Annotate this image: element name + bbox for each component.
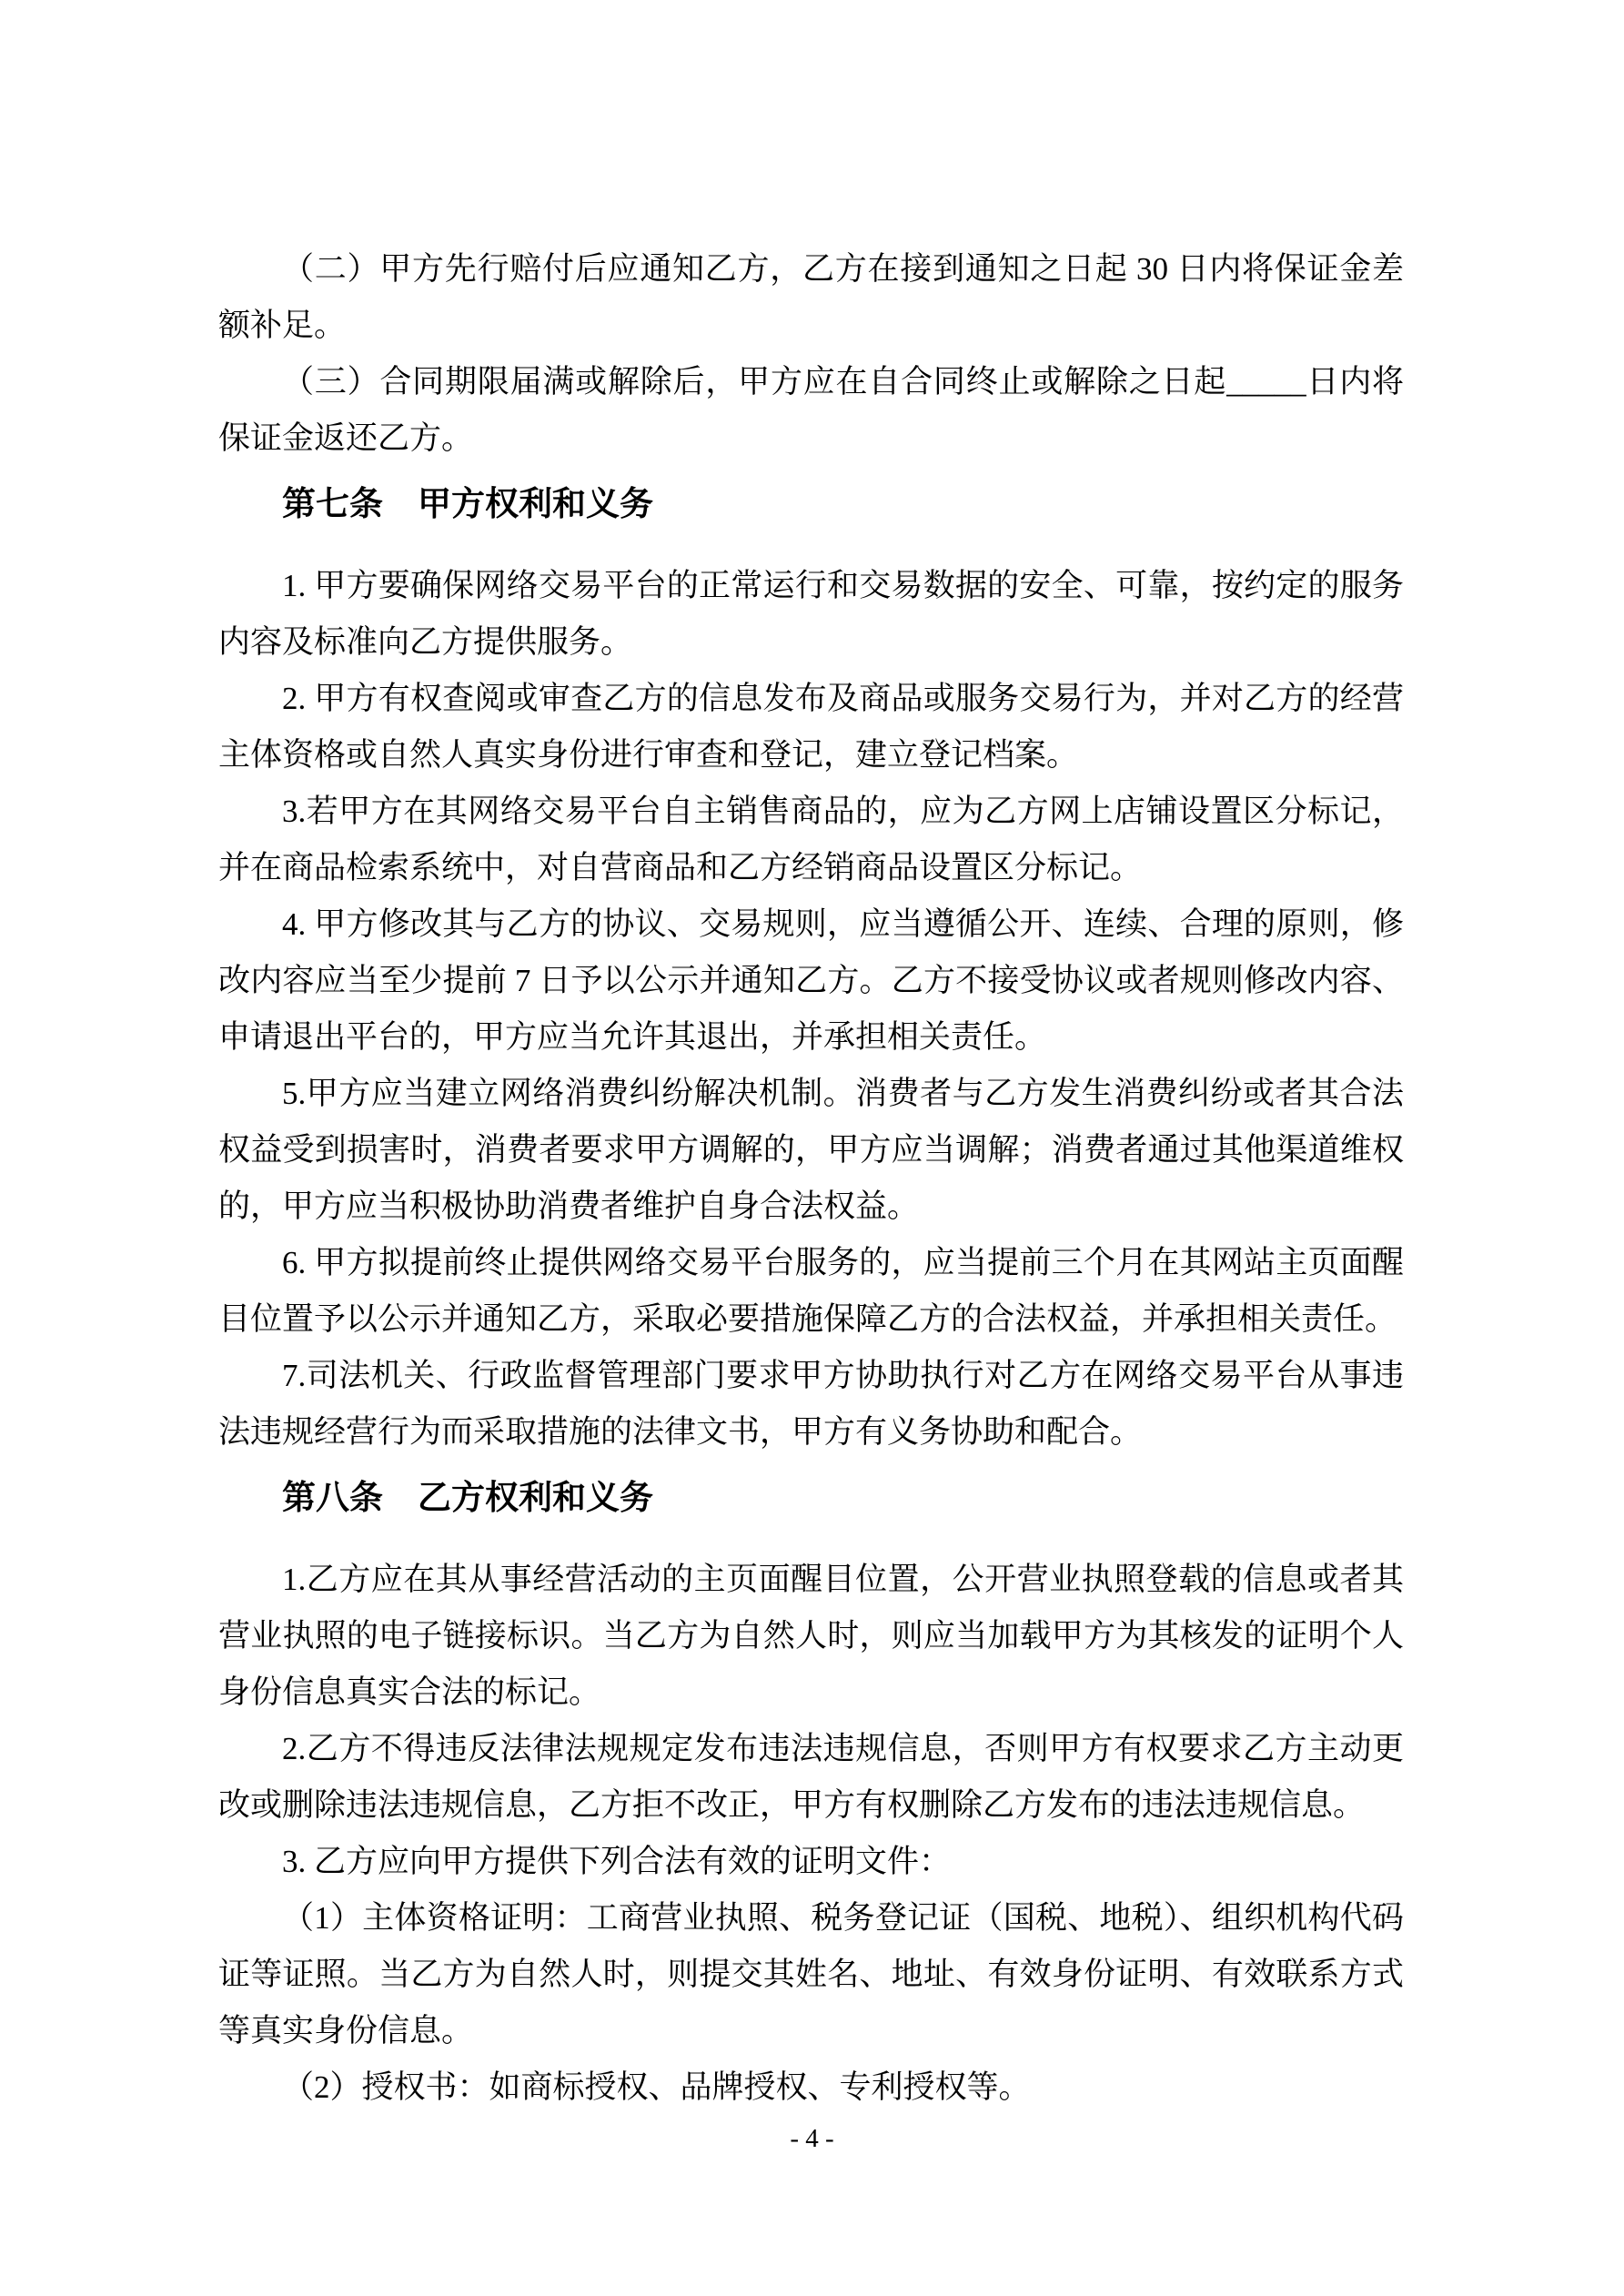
paragraph: 6. 甲方拟提前终止提供网络交易平台服务的，应当提前三个月在其网站主页面醒目位置… [218,1235,1404,1348]
paragraph: （二）甲方先行赔付后应通知乙方，乙方在接到通知之日起 30 日内将保证金差额补足… [218,241,1404,354]
paragraph: 3.若甲方在其网络交易平台自主销售商品的，应为乙方网上店铺设置区分标记，并在商品… [218,784,1404,896]
paragraph: 7.司法机关、行政监督管理部门要求甲方协助执行对乙方在网络交易平台从事违法违规经… [218,1348,1404,1461]
article-heading: 第七条甲方权利和义务 [218,476,1404,532]
page-number: - 4 - [0,2122,1624,2155]
paragraph: 2.乙方不得违反法律法规规定发布违法违规信息，否则甲方有权要求乙方主动更改或删除… [218,1721,1404,1834]
paragraph: 2. 甲方有权查阅或审查乙方的信息发布及商品或服务交易行为，并对乙方的经营主体资… [218,671,1404,784]
document-body: （二）甲方先行赔付后应通知乙方，乙方在接到通知之日起 30 日内将保证金差额补足… [218,241,1404,2116]
paragraph: （2）授权书：如商标授权、品牌授权、专利授权等。 [218,2059,1404,2116]
paragraph: 1. 甲方要确保网络交易平台的正常运行和交易数据的安全、可靠，按约定的服务内容及… [218,558,1404,671]
paragraph: （三）合同期限届满或解除后，甲方应在自合同终止或解除之日起_____日内将保证金… [218,354,1404,467]
article-heading: 第八条乙方权利和义务 [218,1470,1404,1526]
article-number: 第七条 [282,485,383,522]
article-title: 乙方权利和义务 [418,1479,653,1516]
paragraph: 3. 乙方应向甲方提供下列合法有效的证明文件： [218,1834,1404,1890]
paragraph: （1）主体资格证明：工商营业执照、税务登记证（国税、地税）、组织机构代码证等证照… [218,1890,1404,2059]
article-number: 第八条 [282,1479,383,1516]
article-title: 甲方权利和义务 [418,485,653,522]
paragraph: 1.乙方应在其从事经营活动的主页面醒目位置，公开营业执照登载的信息或者其营业执照… [218,1552,1404,1721]
contract-page: { "document": { "background_color": "#ff… [0,0,1624,2296]
paragraph: 5.甲方应当建立网络消费纠纷解决机制。消费者与乙方发生消费纠纷或者其合法权益受到… [218,1066,1404,1235]
paragraph: 4. 甲方修改其与乙方的协议、交易规则，应当遵循公开、连续、合理的原则，修改内容… [218,896,1404,1066]
